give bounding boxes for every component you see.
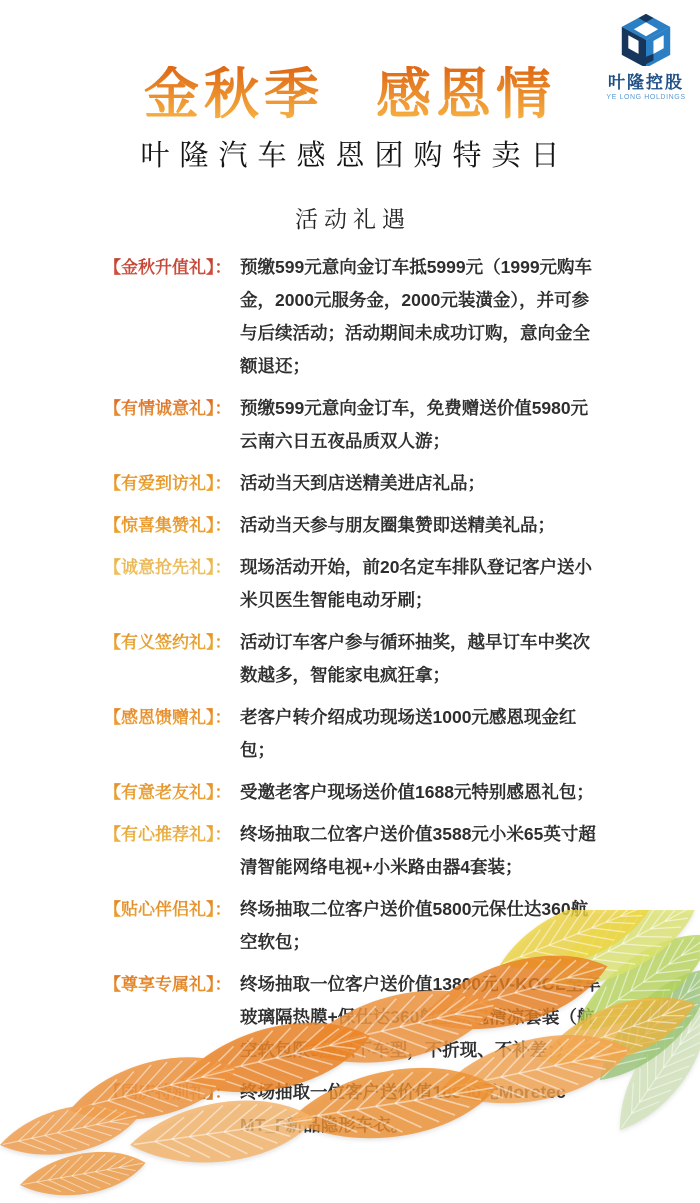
gift-description: 活动当天参与朋友圈集赞即送精美礼品； (240, 509, 604, 542)
gift-label: 【尊享专属礼】： (104, 968, 240, 1001)
gift-label: 【有心推荐礼】： (104, 818, 240, 851)
gift-description: 终场抽取一位客户送价值18800元Moretec MT_F新品隐形车衣。 (240, 1076, 604, 1142)
gift-label: 【国庆特别礼】： (104, 1076, 240, 1109)
gift-label: 【有情诚意礼】： (104, 392, 240, 425)
gift-item: 【有情诚意礼】： 预缴599元意向金订车，免费赠送价值5980元云南六日五夜品质… (104, 392, 604, 458)
company-name-en: YE LONG HOLDINGS (598, 94, 694, 101)
gift-description: 终场抽取一位客户送价值13800元V-KOOL全车玻璃隔热膜+保仕达360航空软… (240, 968, 604, 1067)
event-subtitle: 叶隆汽车感恩团购特卖日 (0, 133, 700, 174)
company-name: 叶隆控股 (598, 68, 694, 93)
gift-item: 【感恩馈赠礼】： 老客户转介绍成功现场送1000元感恩现金红包； (104, 701, 604, 767)
gift-item: 【贴心伴侣礼】： 终场抽取二位客户送价值5800元保仕达360航空软包； (104, 893, 604, 959)
gift-description: 现场活动开始，前20名定车排队登记客户送小米贝医生智能电动牙刷； (240, 551, 604, 617)
gift-description: 终场抽取二位客户送价值5800元保仕达360航空软包； (240, 893, 604, 959)
gift-item: 【惊喜集赞礼】： 活动当天参与朋友圈集赞即送精美礼品； (104, 509, 604, 542)
gift-item: 【国庆特别礼】： 终场抽取一位客户送价值18800元Moretec MT_F新品… (104, 1076, 604, 1142)
gift-description: 老客户转介绍成功现场送1000元感恩现金红包； (240, 701, 604, 767)
logo-cube-icon (618, 12, 674, 66)
gift-label: 【金秋升值礼】： (104, 251, 240, 284)
section-heading: 活动礼遇 (0, 201, 700, 234)
gift-description: 预缴599元意向金订车抵5999元（1999元购车金，2000元服务金，2000… (240, 251, 604, 383)
gift-item: 【有心推荐礼】： 终场抽取二位客户送价值3588元小米65英寸超清智能网络电视+… (104, 818, 604, 884)
gift-item: 【有意老友礼】： 受邀老客户现场送价值1688元特别感恩礼包； (104, 776, 604, 809)
gift-list: 【金秋升值礼】： 预缴599元意向金订车抵5999元（1999元购车金，2000… (104, 251, 604, 1142)
gift-item: 【有义签约礼】： 活动订车客户参与循环抽奖，越早订车中奖次数越多，智能家电疯狂拿… (104, 626, 604, 692)
main-title-part1: 金秋季 (144, 66, 324, 124)
gift-item: 【金秋升值礼】： 预缴599元意向金订车抵5999元（1999元购车金，2000… (104, 251, 604, 383)
gift-item: 【诚意抢先礼】： 现场活动开始，前20名定车排队登记客户送小米贝医生智能电动牙刷… (104, 551, 604, 617)
gift-label: 【诚意抢先礼】： (104, 551, 240, 584)
gift-description: 终场抽取二位客户送价值3588元小米65英寸超清智能网络电视+小米路由器4套装； (240, 818, 604, 884)
main-title-part2: 感恩情 (376, 66, 556, 124)
gift-label: 【有义签约礼】： (104, 626, 240, 659)
main-title: 金秋季感恩情 (0, 0, 700, 124)
gift-description: 受邀老客户现场送价值1688元特别感恩礼包； (240, 776, 604, 809)
gift-label: 【惊喜集赞礼】： (104, 509, 240, 542)
promo-poster: 叶隆控股 YE LONG HOLDINGS 金秋季感恩情 叶隆汽车感恩团购特卖日… (0, 0, 700, 1203)
gift-label: 【有意老友礼】： (104, 776, 240, 809)
gift-item: 【有爱到访礼】： 活动当天到店送精美进店礼品； (104, 467, 604, 500)
gift-label: 【感恩馈赠礼】： (104, 701, 240, 734)
gift-label: 【贴心伴侣礼】： (104, 893, 240, 926)
company-logo: 叶隆控股 YE LONG HOLDINGS (598, 12, 694, 101)
gift-description: 预缴599元意向金订车，免费赠送价值5980元云南六日五夜品质双人游； (240, 392, 604, 458)
gift-item: 【尊享专属礼】： 终场抽取一位客户送价值13800元V-KOOL全车玻璃隔热膜+… (104, 968, 604, 1067)
gift-label: 【有爱到访礼】： (104, 467, 240, 500)
gift-description: 活动当天到店送精美进店礼品； (240, 467, 604, 500)
gift-description: 活动订车客户参与循环抽奖，越早订车中奖次数越多，智能家电疯狂拿； (240, 626, 604, 692)
